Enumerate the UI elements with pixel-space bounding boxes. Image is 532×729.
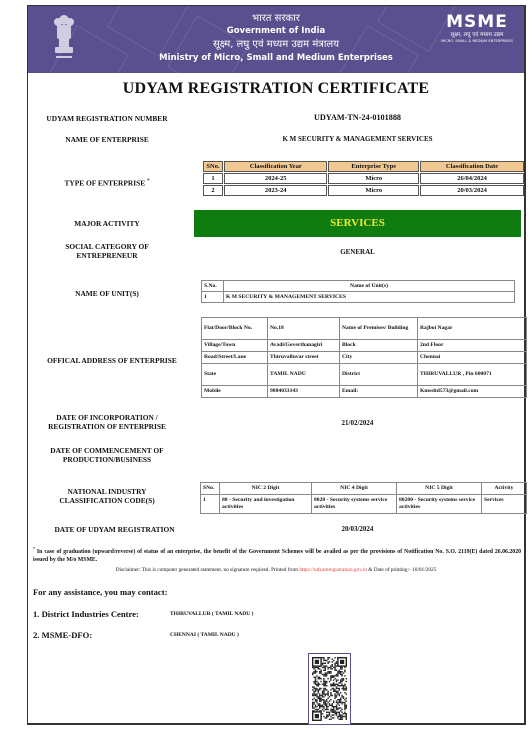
table-row: State TAMIL NADU District THIRUVALLUR , …: [202, 364, 527, 386]
address-cell: 9884033143: [268, 386, 340, 398]
type-header-type: Enterprise Type: [328, 161, 419, 172]
table-row: Road/Street/Lane Thiruvalluvar street Ci…: [202, 352, 527, 364]
address-cell: State: [202, 364, 268, 386]
registration-number-label: UDYAM REGISTRATION NUMBER: [32, 114, 182, 123]
major-activity-value: SERVICES: [194, 210, 521, 237]
msme-logo-word: MSME: [438, 13, 516, 31]
disclaimer-text: Disclaimer: This is computer generated s…: [116, 567, 300, 573]
address-cell: Road/Street/Lane: [202, 352, 268, 364]
print-date: & Date of printing:- 10/01/2025: [367, 567, 436, 573]
incorporation-label: DATE OF INCORPORATION / REGISTRATION OF …: [32, 413, 182, 431]
nic-table: SNo. NIC 2 Digit NIC 4 Digit NIC 5 Digit…: [200, 482, 527, 514]
nic-label-line1: NATIONAL INDUSTRY: [32, 487, 182, 496]
table-header-row: S.No. Name of Unit(s): [202, 281, 515, 292]
table-row: 1 2024-25 Micro 26/04/2024: [203, 173, 524, 184]
address-cell: Thiruvalluvar street: [268, 352, 340, 364]
contact-dic-label: 1. District Industries Centre:: [33, 609, 139, 619]
contact-dic-value: THIRUVALLUR ( TAMIL NADU ): [170, 611, 253, 617]
header-banner: भारत सरकार Government of India सूक्ष्म, …: [28, 6, 524, 73]
enterprise-type-label: TYPE OF ENTERPRISE *: [32, 177, 182, 187]
udyam-date-value: 20/03/2024: [194, 525, 521, 533]
table-row: Mobile 9884033143 Email: Kmssltd573@gmai…: [202, 386, 527, 398]
type-header-year: Classification Year: [224, 161, 327, 172]
commencement-label-line1: DATE OF COMMENCEMENT OF: [32, 446, 182, 455]
address-cell: District: [340, 364, 418, 386]
msme-logo-hindi: सूक्ष्म, लघु एवं मध्यम उद्यम: [438, 31, 516, 39]
address-table: Flat/Door/Block No. No.18 Name of Premis…: [201, 317, 527, 398]
nic-label-line2: CLASSIFICATION CODE(S): [32, 496, 182, 505]
footnote-text: In case of graduation (upward/reverse) o…: [33, 549, 521, 563]
units-header-name: Name of Unit(s): [224, 281, 515, 292]
enterprise-type-label-text: TYPE OF ENTERPRISE: [65, 178, 146, 187]
address-cell: Flat/Door/Block No.: [202, 318, 268, 340]
footnote-marker: *: [33, 546, 35, 551]
address-cell: Village/Town: [202, 340, 268, 352]
footnote: * In case of graduation (upward/reverse)…: [33, 545, 521, 564]
qr-code-icon: [308, 653, 351, 725]
english-ministry: Ministry of Micro, Small and Medium Ente…: [28, 51, 524, 65]
nic-label: NATIONAL INDUSTRY CLASSIFICATION CODE(S): [32, 487, 182, 505]
nic-header-5digit: NIC 5 Digit: [397, 483, 482, 495]
address-cell: Avadi/Goverthanagiri: [268, 340, 340, 352]
type-cell: 26/04/2024: [420, 173, 524, 184]
udyam-portal-link[interactable]: https://udyamregistration.gov.in: [299, 567, 367, 573]
enterprise-name-label: NAME OF ENTERPRISE: [32, 135, 182, 144]
unit-cell: 1: [202, 292, 224, 303]
contact-dic: 1. District Industries Centre: THIRUVALL…: [33, 609, 139, 619]
address-label: OFFICAL ADDRESS OF ENTERPRISE: [32, 356, 192, 365]
table-row: 2 2023-24 Micro 20/03/2024: [203, 185, 524, 196]
certificate-title: UDYAM REGISTRATION CERTIFICATE: [28, 80, 524, 98]
nic-cell: 80200 - Security systems service activit…: [397, 495, 482, 514]
incorporation-value: 21/02/2024: [194, 419, 521, 427]
enterprise-name-value: K M SECURITY & MANAGEMENT SERVICES: [194, 135, 521, 143]
social-category-label-line1: SOCIAL CATEGORY OF: [32, 242, 182, 251]
address-cell: City: [340, 352, 418, 364]
type-cell: 2: [203, 185, 223, 196]
nic-header-activity: Activity: [482, 483, 527, 495]
units-header-sno: S.No.: [202, 281, 224, 292]
incorporation-label-line2: REGISTRATION OF ENTERPRISE: [32, 422, 182, 431]
address-cell: TAMIL NADU: [268, 364, 340, 386]
address-cell: Name of Premises/ Building: [340, 318, 418, 340]
nic-cell: Services: [482, 495, 527, 514]
footnote-marker: *: [147, 179, 150, 184]
enterprise-type-table: SNo. Classification Year Enterprise Type…: [202, 160, 525, 197]
table-row: Flat/Door/Block No. No.18 Name of Premis…: [202, 318, 527, 340]
nic-cell: 80 - Security and investigation activiti…: [220, 495, 312, 514]
nic-header-sno: SNo.: [201, 483, 220, 495]
nic-header-4digit: NIC 4 Digit: [312, 483, 397, 495]
nic-cell: 8020 - Security systems service activiti…: [312, 495, 397, 514]
major-activity-label: MAJOR ACTIVITY: [32, 219, 182, 228]
certificate-page: भारत सरकार Government of India सूक्ष्म, …: [27, 5, 526, 725]
social-category-label: SOCIAL CATEGORY OF ENTREPRENEUR: [32, 242, 182, 260]
social-category-value: GENERAL: [194, 248, 521, 256]
address-cell: Block: [340, 340, 418, 352]
contact-dfo-label: 2. MSME-DFO:: [33, 630, 92, 640]
nic-header-2digit: NIC 2 Digit: [220, 483, 312, 495]
address-cell: Mobile: [202, 386, 268, 398]
address-cell: THIRUVALLUR , Pin 600071: [418, 364, 527, 386]
nic-cell: 1: [201, 495, 220, 514]
email-value: Kmssltd573@gmail.com: [418, 386, 527, 398]
type-cell: 1: [203, 173, 223, 184]
type-cell: 20/03/2024: [420, 185, 524, 196]
disclaimer: Disclaimer: This is computer generated s…: [28, 567, 524, 573]
contact-heading: For any assistance, you may contact:: [33, 587, 167, 597]
address-cell: Email:: [340, 386, 418, 398]
type-header-sno: SNo.: [203, 161, 223, 172]
type-cell: 2024-25: [224, 173, 327, 184]
udyam-date-label: DATE OF UDYAM REGISTRATION: [32, 525, 197, 534]
table-header-row: SNo. NIC 2 Digit NIC 4 Digit NIC 5 Digit…: [201, 483, 527, 495]
msme-logo-english: MICRO, SMALL & MEDIUM ENTERPRISES: [438, 39, 516, 44]
table-row: 1 80 - Security and investigation activi…: [201, 495, 527, 514]
address-cell: No.18: [268, 318, 340, 340]
table-row: Village/Town Avadi/Goverthanagiri Block …: [202, 340, 527, 352]
commencement-label: DATE OF COMMENCEMENT OF PRODUCTION/BUSIN…: [32, 446, 182, 464]
type-cell: Micro: [328, 173, 419, 184]
table-row: 1 K M SECURITY & MANAGEMENT SERVICES: [202, 292, 515, 303]
incorporation-label-line1: DATE OF INCORPORATION /: [32, 413, 182, 422]
contact-dfo-value: CHENNAI ( TAMIL NADU ): [170, 632, 239, 638]
unit-cell: K M SECURITY & MANAGEMENT SERVICES: [224, 292, 515, 303]
commencement-label-line2: PRODUCTION/BUSINESS: [32, 455, 182, 464]
registration-number-value: UDYAM-TN-24-0101888: [194, 113, 521, 122]
type-cell: 2023-24: [224, 185, 327, 196]
type-header-date: Classification Date: [420, 161, 524, 172]
msme-logo: MSME सूक्ष्म, लघु एवं मध्यम उद्यम MICRO,…: [438, 13, 516, 44]
units-label: NAME OF UNIT(S): [32, 289, 182, 298]
social-category-label-line2: ENTREPRENEUR: [32, 251, 182, 260]
contact-dfo: 2. MSME-DFO: CHENNAI ( TAMIL NADU ): [33, 630, 92, 640]
address-cell: Rajboi Nagar: [418, 318, 527, 340]
address-cell: Chennai: [418, 352, 527, 364]
address-cell: 2nd Floor: [418, 340, 527, 352]
units-table: S.No. Name of Unit(s) 1 K M SECURITY & M…: [201, 280, 515, 303]
type-cell: Micro: [328, 185, 419, 196]
